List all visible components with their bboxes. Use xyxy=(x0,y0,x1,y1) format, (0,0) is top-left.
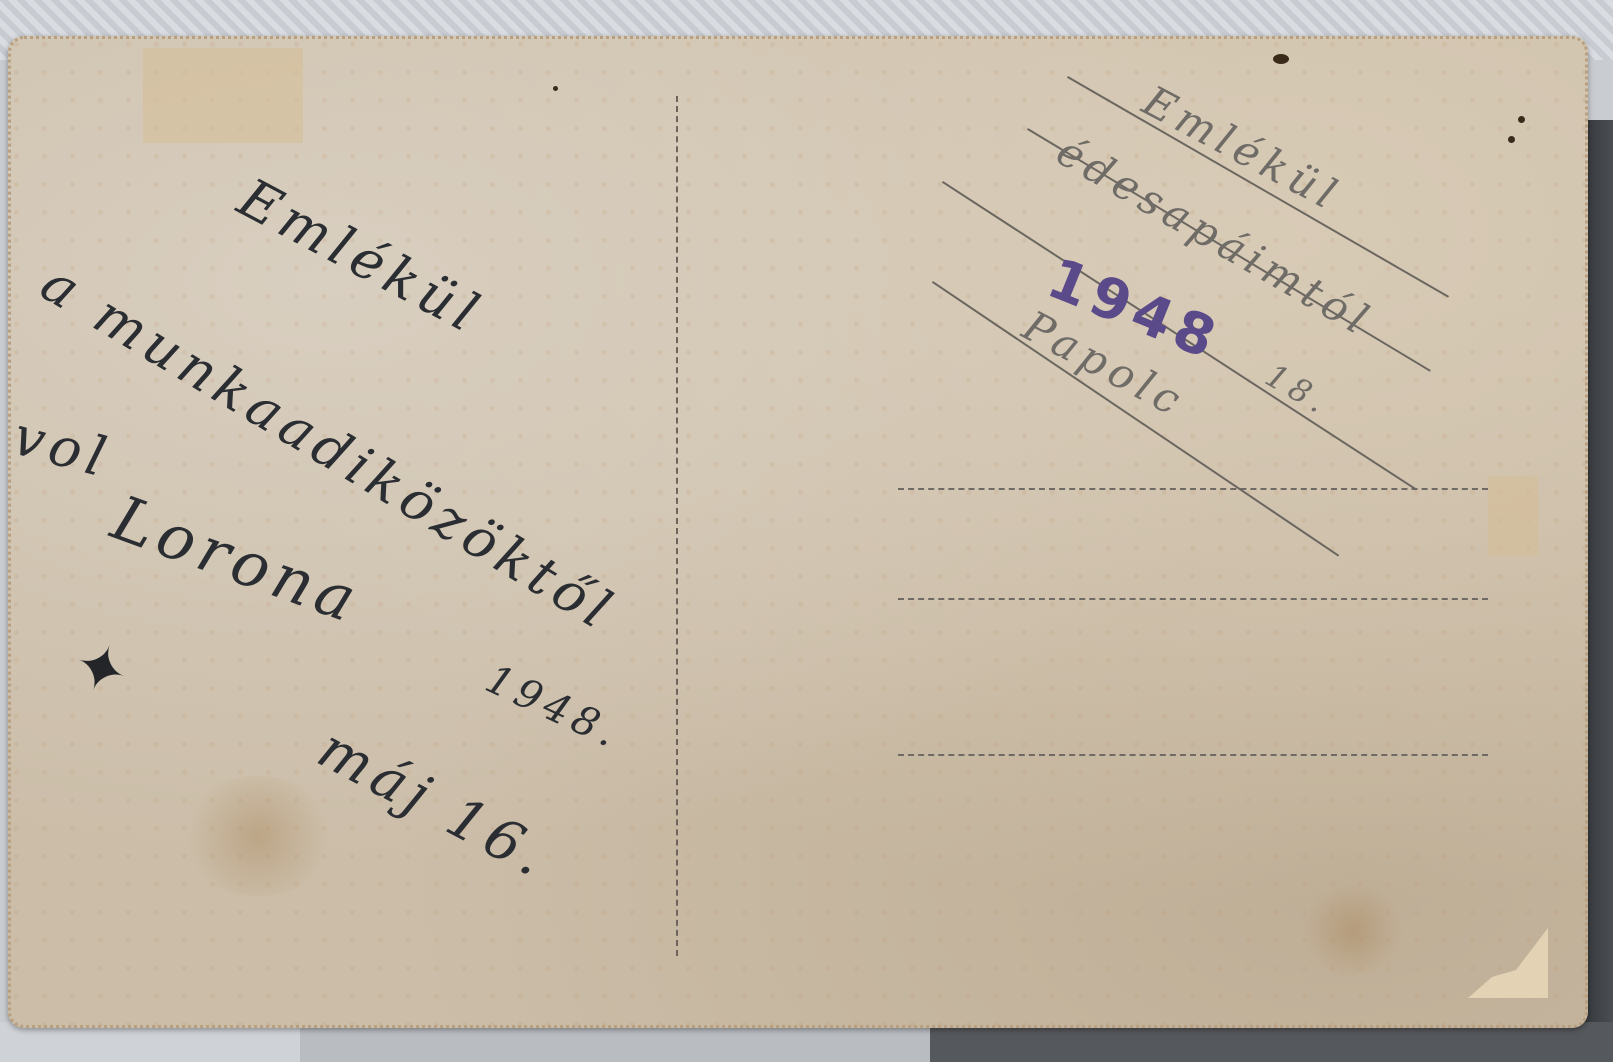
ink-blot-mark: ✦ xyxy=(63,626,139,714)
album-sleeve-bottom xyxy=(0,1022,1613,1062)
postcard-back: Emlékül a munkaadiközöktől vol Lorona 19… xyxy=(8,36,1588,1028)
age-stain xyxy=(178,776,338,896)
tape-residue xyxy=(1488,476,1538,556)
tape-residue xyxy=(143,48,303,143)
age-spot xyxy=(1508,136,1515,143)
age-spot xyxy=(1518,116,1525,123)
address-line xyxy=(898,754,1488,756)
center-divider-line xyxy=(676,96,678,956)
age-spot xyxy=(1273,54,1289,64)
inscription-line-3: vol xyxy=(7,404,118,490)
age-spot xyxy=(553,86,558,91)
inscription-line-1: Emlékül xyxy=(228,166,493,347)
inscription-signature: Lorona xyxy=(103,481,371,638)
age-stain xyxy=(1298,886,1408,976)
inscription-date: máj 16. xyxy=(307,716,561,892)
inscription-year: 1948. xyxy=(479,656,629,759)
address-line xyxy=(898,488,1488,490)
address-line xyxy=(898,598,1488,600)
torn-corner xyxy=(1468,928,1548,998)
